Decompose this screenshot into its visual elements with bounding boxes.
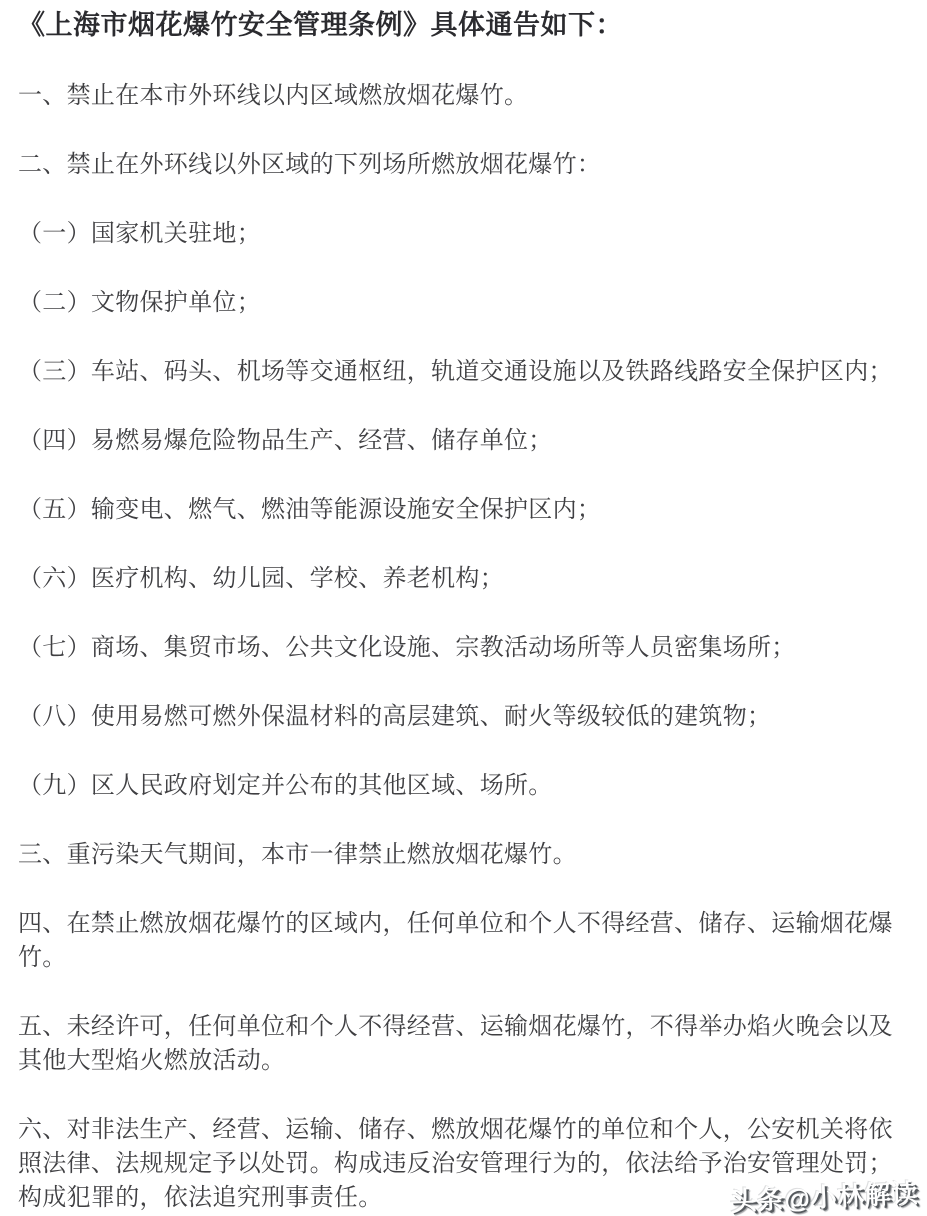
page-title: 《上海市烟花爆竹安全管理条例》具体通告如下： — [18, 6, 905, 44]
paragraph: （七）商场、集贸市场、公共文化设施、宗教活动场所等人员密集场所； — [18, 631, 905, 665]
paragraph: （一）国家机关驻地； — [18, 217, 905, 251]
paragraph: 一、禁止在本市外环线以内区域燃放烟花爆竹。 — [18, 79, 905, 113]
paragraph: （五）输变电、燃气、燃油等能源设施安全保护区内； — [18, 493, 905, 527]
paragraph: （八）使用易燃可燃外保温材料的高层建筑、耐火等级较低的建筑物； — [18, 700, 905, 734]
paragraph: 四、在禁止燃放烟花爆竹的区域内，任何单位和个人不得经营、储存、运输烟花爆竹。 — [18, 907, 905, 975]
paragraph: （六）医疗机构、幼儿园、学校、养老机构； — [18, 562, 905, 596]
paragraph: （九）区人民政府划定并公布的其他区域、场所。 — [18, 769, 905, 803]
paragraph: （四）易燃易爆危险物品生产、经营、储存单位； — [18, 424, 905, 458]
paragraph: （三）车站、码头、机场等交通枢纽，轨道交通设施以及铁路线路安全保护区内； — [18, 355, 905, 389]
paragraph: 三、重污染天气期间，本市一律禁止燃放烟花爆竹。 — [18, 838, 905, 872]
paragraph: （二）文物保护单位； — [18, 286, 905, 320]
paragraph: 五、未经许可，任何单位和个人不得经营、运输烟花爆竹，不得举办焰火晚会以及其他大型… — [18, 1010, 905, 1078]
paragraph: 二、禁止在外环线以外区域的下列场所燃放烟花爆竹： — [18, 148, 905, 182]
paragraph: 六、对非法生产、经营、运输、储存、燃放烟花爆竹的单位和个人，公安机关将依照法律、… — [18, 1113, 905, 1215]
notice-document: 《上海市烟花爆竹安全管理条例》具体通告如下： 一、禁止在本市外环线以内区域燃放烟… — [0, 0, 927, 1216]
